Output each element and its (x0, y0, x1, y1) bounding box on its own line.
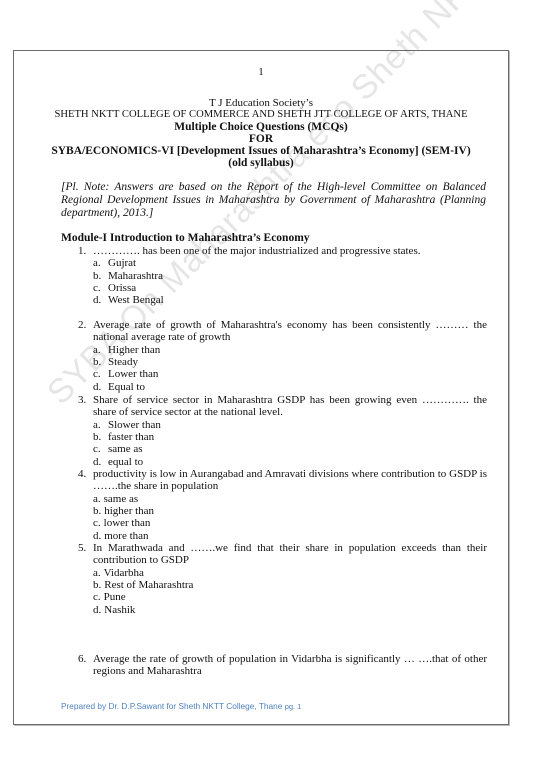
note-paragraph: [Pl. Note: Answers are based on the Repo… (61, 181, 486, 220)
question-number: 3. (78, 394, 86, 406)
answer-option: d.equal to (93, 456, 143, 468)
society-name: T J Education Society’s (13, 97, 509, 109)
question-text: In Marathwada and …….we find that their … (93, 542, 487, 567)
question-number: 5. (78, 542, 86, 554)
option-text: Lower than (108, 368, 158, 380)
option-letter: c. (93, 443, 108, 455)
answer-option: d.more than (93, 530, 149, 542)
option-text: same as (108, 443, 143, 455)
answer-option: c.same as (93, 443, 143, 455)
option-text: Equal to (108, 381, 145, 393)
option-text: same as (104, 493, 139, 505)
option-text: Gujrat (108, 257, 136, 269)
answer-option: b.faster than (93, 431, 154, 443)
page-number: 1 (13, 66, 509, 78)
option-text: Pune (104, 591, 126, 603)
page-footer: Prepared by Dr. D.P.Sawant for Sheth NKT… (61, 701, 301, 711)
question-text: Average the rate of growth of population… (93, 653, 487, 678)
question-number: 2. (78, 319, 86, 331)
answer-option: a.Vidarbha (93, 567, 144, 579)
question-text: …………. has been one of the major industri… (93, 245, 487, 257)
option-text: Higher than (108, 344, 160, 356)
option-letter: a. (93, 257, 108, 269)
option-letter: b. (93, 356, 108, 368)
option-letter: d. (93, 294, 108, 306)
option-text: lower than (104, 517, 151, 529)
option-letter: a. (93, 344, 108, 356)
option-letter: c. (93, 282, 108, 294)
answer-option: c.Lower than (93, 368, 158, 380)
question-text: Average rate of growth of Maharashtra's … (93, 319, 487, 344)
answer-option: c.lower than (93, 517, 150, 529)
option-letter: b. (93, 431, 108, 443)
option-text: Maharashtra (108, 270, 163, 282)
option-text: faster than (108, 431, 154, 443)
footer-page-number: pg. 1 (285, 702, 302, 711)
option-text: more than (104, 530, 148, 542)
option-letter: b. (93, 505, 101, 517)
answer-option: a.Slower than (93, 419, 161, 431)
answer-option: c.Orissa (93, 282, 136, 294)
answer-option: a.Higher than (93, 344, 160, 356)
option-text: Orissa (108, 282, 136, 294)
answer-option: b.Steady (93, 356, 138, 368)
option-text: Slower than (108, 419, 161, 431)
document-title: Multiple Choice Questions (MCQs) (13, 121, 509, 133)
option-letter: d. (93, 530, 101, 542)
option-letter: d. (93, 381, 108, 393)
answer-option: d.Nashik (93, 604, 135, 616)
course-name: VI [Development Issues of Maharashtra’s … (161, 145, 470, 157)
option-text: Nashik (104, 604, 135, 616)
answer-option: c.Pune (93, 591, 126, 603)
footer-text: Prepared by Dr. D.P.Sawant for Sheth NKT… (61, 701, 282, 711)
college-name: SHETH NKTT COLLEGE OF COMMERCE AND SHETH… (13, 109, 509, 121)
option-letter: c. (93, 591, 101, 603)
question-number: 6. (78, 653, 86, 665)
option-letter: a. (93, 493, 101, 505)
option-text: Vidarbha (104, 567, 144, 579)
question-text: productivity is low in Aurangabad and Am… (93, 468, 487, 493)
answer-option: d.West Bengal (93, 294, 164, 306)
option-letter: c. (93, 517, 101, 529)
option-letter: b. (93, 270, 108, 282)
answer-option: a.Gujrat (93, 257, 136, 269)
question-number: 4. (78, 468, 86, 480)
answer-option: d.Equal to (93, 381, 145, 393)
module-heading: Module-I Introduction to Maharashtra’s E… (61, 232, 310, 244)
course-code: SYBA/ECONOMICS- (51, 145, 161, 157)
option-letter: d. (93, 456, 108, 468)
option-text: higher than (104, 505, 154, 517)
option-letter: c. (93, 368, 108, 380)
question-text: Share of service sector in Maharashtra G… (93, 394, 487, 419)
for-label: FOR (13, 133, 509, 145)
course-title: SYBA/ECONOMICS-VI [Development Issues of… (13, 145, 509, 157)
option-letter: d. (93, 604, 101, 616)
option-text: West Bengal (108, 294, 164, 306)
answer-option: b.Rest of Maharashtra (93, 579, 193, 591)
answer-option: b.Maharashtra (93, 270, 163, 282)
option-letter: b. (93, 579, 101, 591)
option-letter: a. (93, 419, 108, 431)
option-text: Rest of Maharashtra (104, 579, 193, 591)
question-number: 1. (78, 245, 86, 257)
syllabus-label: (old syllabus) (13, 157, 509, 169)
answer-option: a.same as (93, 493, 138, 505)
option-text: equal to (108, 456, 143, 468)
answer-option: b.higher than (93, 505, 154, 517)
option-text: Steady (108, 356, 138, 368)
option-letter: a. (93, 567, 101, 579)
